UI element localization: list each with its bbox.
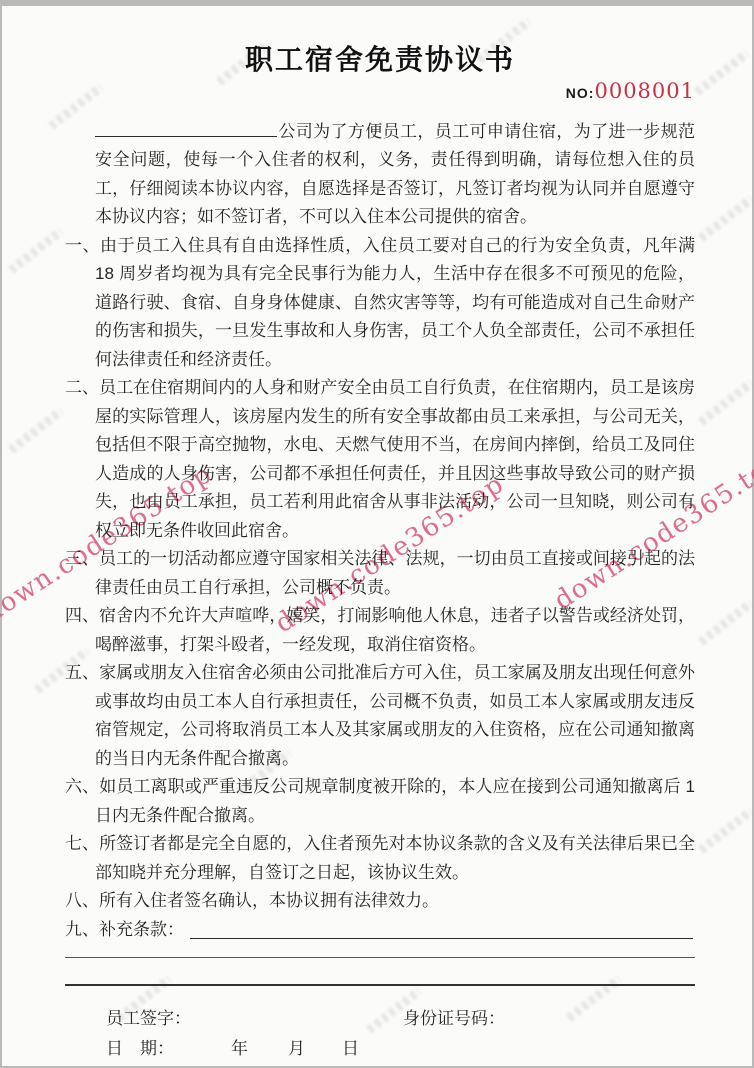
company-name-blank: [95, 123, 277, 137]
clause-text: 所有入住者签名确认，本协议拥有法律效力。: [99, 891, 439, 910]
year-label: 年: [231, 1039, 248, 1058]
month-label: 月: [288, 1039, 305, 1058]
clause-8: 八、所有入住者签名确认，本协议拥有法律效力。: [65, 887, 695, 916]
clause-number: 五、: [65, 663, 99, 682]
clause-text: 所签订者都是完全自愿的，入住者预先对本协议条款的含义及有关法律后果已全部知晓并充…: [95, 834, 695, 882]
clause-number: 三、: [65, 549, 99, 568]
clause-text: 宿舍内不允许大声喧哗，嬉笑，打闹影响他人休息，违者子以警告或经济处罚，喝醉滋事，…: [95, 606, 695, 654]
clause-label: 补充条款：: [99, 916, 184, 945]
clause-number: 七、: [65, 834, 99, 853]
employee-signature-label: 员工签字：: [106, 1005, 403, 1034]
clause-6: 六、如员工离职或严重违反公司规章制度被开除的，本人应在接到公司通知撤离后 1 日…: [65, 773, 695, 830]
clause-1: 一、由于员工入住具有自由选择性质，入住员工要对自己的行为安全负责，凡年满 18 …: [65, 232, 695, 375]
doc-number-label: NO:: [566, 85, 595, 101]
day-label: 日: [342, 1039, 359, 1058]
clause-9: 九、补充条款：: [65, 916, 695, 945]
supplement-blank-line: [190, 938, 693, 939]
clause-number: 四、: [65, 606, 99, 625]
document-page: down.code365.top down.code365.top down.c…: [2, 6, 752, 1066]
document-content: 职工宿舍免责协议书 NO:0008001 公司为了方便员工，员工可申请住宿，为了…: [2, 46, 752, 1063]
signature-row: 员工签字：身份证号码：: [65, 1005, 695, 1034]
clause-number: 二、: [65, 378, 99, 397]
clause-5: 五、家属或朋友入住宿舍必须由公司批准后方可入住，员工家属及朋友出现任何意外或事故…: [65, 659, 695, 773]
blank-rule-line: [65, 957, 695, 958]
clause-4: 四、宿舍内不允许大声喧哗，嬉笑，打闹影响他人休息，违者子以警告或经济处罚，喝醉滋…: [65, 602, 695, 659]
clause-text: 由于员工入住具有自由选择性质，入住员工要对自己的行为安全负责，凡年满 18 周岁…: [95, 236, 695, 369]
blank-rule-line: [65, 984, 695, 986]
clause-number: 六、: [65, 777, 99, 796]
doc-number-line: NO:0008001: [65, 79, 695, 105]
clause-text: 员工在住宿期间内的人身和财产安全由员工自行负责，在住宿期内，员工是该房屋的实际管…: [95, 378, 695, 540]
clause-text: 家属或朋友入住宿舍必须由公司批准后方可入住，员工家属及朋友出现任何意外或事故均由…: [95, 663, 695, 768]
date-label: 日 期：: [106, 1039, 174, 1058]
clause-3: 三、员工的一切活动都应遵守国家相关法律、法规，一切由员工直接或间接引起的法律责任…: [65, 545, 695, 602]
doc-number-value: 0008001: [594, 79, 695, 103]
intro-text: 公司为了方便员工，员工可申请住宿，为了进一步规范安全问题，使每一个入住者的权利，…: [95, 122, 695, 227]
clause-text: 如员工离职或严重违反公司规章制度被开除的，本人应在接到公司通知撤离后 1 日内无…: [95, 777, 695, 825]
date-row: 日 期：年月日: [65, 1035, 695, 1064]
clause-number: 九、: [65, 916, 99, 945]
clause-2: 二、员工在住宿期间内的人身和财产安全由员工自行负责，在住宿期内，员工是该房屋的实…: [65, 374, 695, 545]
id-number-label: 身份证号码：: [403, 1009, 505, 1028]
clause-7: 七、所签订者都是完全自愿的，入住者预先对本协议条款的含义及有关法律后果已全部知晓…: [65, 830, 695, 887]
clause-number: 一、: [65, 236, 100, 255]
clause-text: 员工的一切活动都应遵守国家相关法律、法规，一切由员工直接或间接引起的法律责任由员…: [95, 549, 695, 597]
intro-paragraph: 公司为了方便员工，员工可申请住宿，为了进一步规范安全问题，使每一个入住者的权利，…: [95, 118, 695, 232]
clause-number: 八、: [65, 891, 99, 910]
page-title: 职工宿舍免责协议书: [65, 46, 695, 75]
